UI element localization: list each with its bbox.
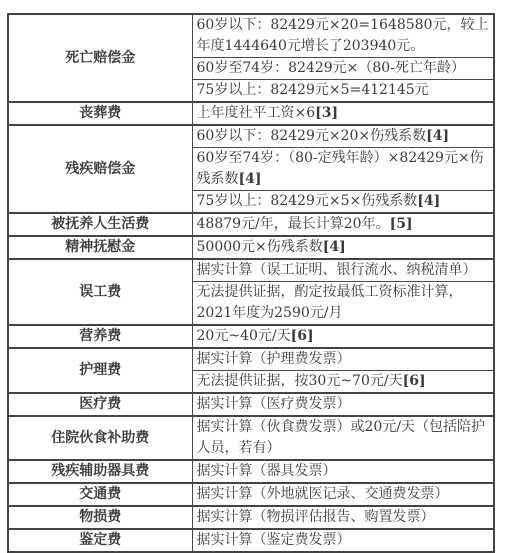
- nutrition-fee-detail-0: 20元~40元/天[6]: [192, 325, 494, 348]
- death-compensation-detail-2: 75岁以上：82429元×5=412145元: [192, 80, 494, 103]
- label-funeral-expense: 丧葬费: [8, 102, 192, 125]
- label-lost-income-fee: 误工费: [8, 259, 192, 325]
- lost-income-fee-detail-1: 无法提供证据，酌定按最低工资标准计算，2021年度为2590元/月: [192, 282, 494, 326]
- label-mental-solatium: 精神抚慰金: [8, 236, 192, 259]
- label-disability-compensation: 残疾赔偿金: [8, 125, 192, 213]
- death-compensation-detail-0: 60岁以下：82429元×20=1648580元，较上年度1444640元增长了…: [192, 14, 494, 58]
- transportation-fee-detail-0: 据实计算（外地就医记录、交通费发票）: [192, 483, 494, 500]
- label-nutrition-fee: 营养费: [8, 325, 192, 348]
- nursing-fee-detail-0: 据实计算（护理费发票）: [192, 348, 494, 371]
- death-compensation-detail-1: 60岁至74岁：82429元×（80-死亡年龄）: [192, 58, 494, 80]
- compensation-table-container: 死亡赔偿金 60岁以下：82429元×20=1648580元，较上年度14446…: [7, 13, 495, 500]
- disability-compensation-detail-1: 60岁至74岁：（80-定残年龄）×82429元×伤残系数[4]: [192, 148, 494, 191]
- label-disability-aids-fee: 残疾辅助器具费: [8, 460, 192, 483]
- medical-fee-detail-0: 据实计算（医疗费发票）: [192, 393, 494, 416]
- disability-compensation-detail-0: 60岁以下：82429元×20×伤残系数[4]: [192, 125, 494, 148]
- disability-aids-fee-detail-0: 据实计算（器具发票）: [192, 460, 494, 483]
- compensation-table: 死亡赔偿金 60岁以下：82429元×20=1648580元，较上年度14446…: [7, 13, 495, 500]
- label-nursing-fee: 护理费: [8, 348, 192, 393]
- dependents-living-expense-detail-0: 48879元/年，最长计算20年。[5]: [192, 213, 494, 236]
- mental-solatium-detail-0: 50000元×伤残系数[4]: [192, 236, 494, 259]
- label-dependents-living-expense: 被抚养人生活费: [8, 213, 192, 236]
- nursing-fee-detail-1: 无法提供证据，按30元~70元/天[6]: [192, 371, 494, 394]
- disability-compensation-detail-2: 75岁以上：82429元×5×伤残系数[4]: [192, 191, 494, 214]
- funeral-expense-detail-0: 上年度社平工资×6[3]: [192, 102, 494, 125]
- hospital-meal-subsidy-detail-0: 据实计算（伙食费发票）或20元/天（包括陪护人员，若有）: [192, 416, 494, 460]
- label-death-compensation: 死亡赔偿金: [8, 14, 192, 102]
- lost-income-fee-detail-0: 据实计算（误工证明、银行流水、纳税清单）: [192, 259, 494, 282]
- label-transportation-fee: 交通费: [8, 483, 192, 500]
- label-hospital-meal-subsidy: 住院伙食补助费: [8, 416, 192, 460]
- label-medical-fee: 医疗费: [8, 393, 192, 416]
